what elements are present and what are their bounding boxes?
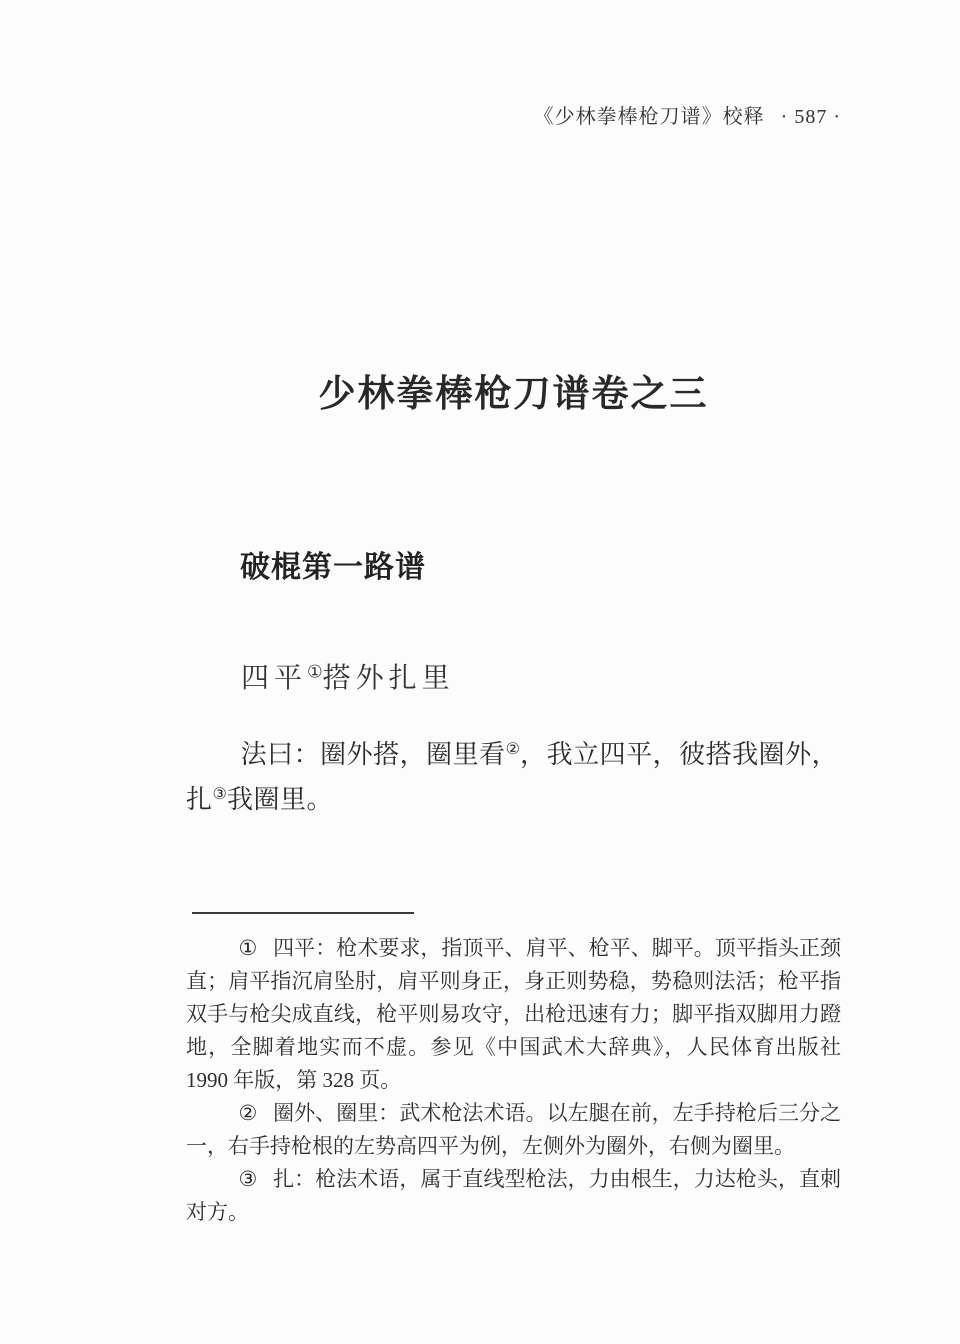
body-text-seg1: 法曰：圈外搭，圈里看 — [241, 740, 506, 769]
footnote-text: 圈外、圈里：武术枪法术语。以左腿在前，左手持枪后三分之一，右手持枪根的左势高四平… — [186, 1101, 841, 1158]
subsection-heading: 四平①搭外扎里 — [241, 660, 841, 698]
body-paragraph: 法曰：圈外搭，圈里看②，我立四平，彼搭我圈外，扎③我圈里。 — [186, 732, 841, 822]
subsection-text-pre: 四平 — [241, 663, 307, 694]
running-header-title: 《少林拳棒枪刀谱》校释 — [534, 104, 765, 130]
subsection-text-post: 搭外扎里 — [323, 663, 455, 694]
footnote-text: 扎：枪法术语，属于直线型枪法，力由根生，力达枪头，直刺对方。 — [186, 1167, 841, 1224]
page-number: · 587 · — [781, 104, 841, 130]
footnote-marker: ① — [239, 936, 258, 960]
page-content: 《少林拳棒枪刀谱》校释 · 587 · 少林拳棒枪刀谱卷之三 破棍第一路谱 四平… — [0, 0, 960, 1229]
footnotes-block: ①四平：枪术要求，指顶平、肩平、枪平、脚平。顶平指头正颈直；肩平指沉肩坠肘，肩平… — [186, 932, 841, 1229]
footnote-marker: ③ — [239, 1167, 258, 1191]
footnote: ③扎：枪法术语，属于直线型枪法，力由根生，力达枪头，直刺对方。 — [186, 1163, 841, 1229]
footnote-ref-3: ③ — [213, 786, 227, 803]
running-header: 《少林拳棒枪刀谱》校释 · 587 · — [186, 0, 841, 130]
footnote-text: 四平：枪术要求，指顶平、肩平、枪平、脚平。顶平指头正颈直；肩平指沉肩坠肘，肩平则… — [186, 936, 841, 1092]
footnote-ref-2: ② — [506, 741, 520, 758]
footnote-marker: ② — [239, 1101, 258, 1125]
book-page: 《少林拳棒枪刀谱》校释 · 587 · 少林拳棒枪刀谱卷之三 破棍第一路谱 四平… — [0, 0, 960, 1344]
footnote-divider — [192, 912, 414, 914]
footnote-ref-1: ① — [307, 662, 323, 681]
chapter-title: 少林拳棒枪刀谱卷之三 — [186, 372, 841, 418]
footnote: ①四平：枪术要求，指顶平、肩平、枪平、脚平。顶平指头正颈直；肩平指沉肩坠肘，肩平… — [186, 932, 841, 1097]
footnote: ②圈外、圈里：武术枪法术语。以左腿在前，左手持枪后三分之一，右手持枪根的左势高四… — [186, 1097, 841, 1163]
section-heading: 破棍第一路谱 — [240, 548, 841, 588]
body-text-seg3: 我圈里。 — [227, 785, 333, 814]
